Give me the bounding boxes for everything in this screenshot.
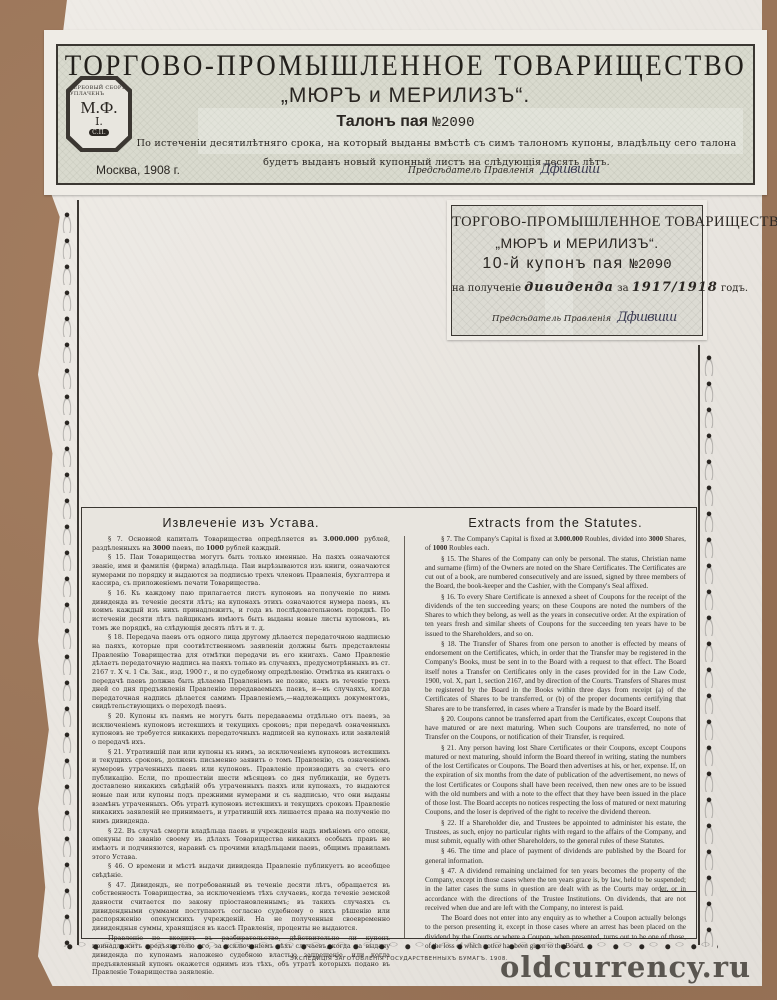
statute-ru-paragraph: § 7. Основной капиталъ Товарищества опре… bbox=[92, 535, 390, 552]
statute-ru-paragraph: § 21. Утратившій паи или купоны къ нимъ,… bbox=[92, 748, 390, 826]
statutes-russian-title: Извлеченіе изъ Устава. bbox=[92, 516, 390, 530]
statute-en-paragraph: § 15. The Shares of the Company can only… bbox=[425, 555, 686, 592]
talon-label: Талонъ пая №2090 bbox=[58, 113, 753, 131]
statute-ru-paragraph: § 22. Въ случаѣ смерти владѣльца паевъ и… bbox=[92, 827, 390, 862]
statute-ru-paragraph: § 47. Дивидендъ, не потребованный въ теч… bbox=[92, 881, 390, 933]
coupon-signatory-title: Предсѣдатель Правленія bbox=[492, 314, 611, 324]
statute-ru-paragraph: § 46. О времени и мѣстѣ выдачи дивиденда… bbox=[92, 862, 390, 879]
ornamental-border-left bbox=[60, 207, 74, 947]
statute-en-paragraph: § 7. The Company's Capital is fixed at 3… bbox=[425, 535, 686, 554]
talon-signatory-title: Предсѣдатель Правленія bbox=[408, 166, 534, 176]
ornamental-border-right bbox=[702, 350, 716, 947]
statute-ru-paragraph: § 20. Купоны къ паямъ не могутъ быть пер… bbox=[92, 712, 390, 747]
talon-label-text: Талонъ пая bbox=[336, 113, 432, 130]
statute-en-paragraph: § 21. Any person having lost Share Certi… bbox=[425, 744, 686, 818]
talon-stub: ГЕРБОВЫЙ СБОРЪ УПЛАЧЕНЪ М.Ф. I. С.П. ТОР… bbox=[44, 30, 767, 195]
coupon-frame: ТОРГОВО-ПРОМЫШЛЕННОЕ ТОВАРИЩЕСТВО „МЮРЪ … bbox=[451, 205, 703, 336]
talon-city-date: Москва, 1908 г. bbox=[96, 163, 180, 177]
statutes-russian-paragraphs: § 7. Основной капиталъ Товарищества опре… bbox=[92, 535, 390, 977]
talon-signature: Дфшвшш bbox=[540, 162, 599, 177]
statute-en-paragraph: § 20. Coupons cannot be transferred apar… bbox=[425, 715, 686, 743]
coupon-dividend-line: на полученіе дивиденда за 1917/1918 годъ… bbox=[452, 280, 702, 295]
coupon-share-number: №2090 bbox=[630, 257, 672, 273]
statutes-english-title: Extracts from the Statutes. bbox=[425, 516, 686, 530]
coupon-dividend-prefix: на полученіе bbox=[452, 283, 524, 294]
column-divider bbox=[404, 536, 405, 938]
statute-en-paragraph: The Board does not enter into any enquir… bbox=[425, 914, 686, 951]
talon-title: ТОРГОВО-ПРОМЫШЛЕННОЕ ТОВАРИЩЕСТВО bbox=[58, 48, 753, 82]
frame-line-right bbox=[698, 345, 700, 945]
statutes-russian-column: Извлеченіе изъ Устава. § 7. Основной кап… bbox=[82, 508, 400, 938]
coupon-number-line: 10-й купонъ пая №2090 bbox=[452, 255, 702, 273]
statutes-panel: Извлеченіе изъ Устава. § 7. Основной кап… bbox=[81, 507, 697, 939]
talon-signature-line: Предсѣдатель ПравленіяДфшвшш bbox=[408, 162, 599, 177]
statutes-english-column: Extracts from the Statutes. § 7. The Com… bbox=[415, 508, 696, 938]
coupon-company-name: „МЮРЪ и МЕРИЛИЗЪ“. bbox=[452, 235, 702, 251]
frame-line-left bbox=[77, 200, 79, 945]
coupon-dividend-mid: за bbox=[614, 283, 632, 294]
coupon-dividend-suffix: годъ. bbox=[718, 283, 748, 294]
coupon-signature: Дфшвшш bbox=[617, 310, 676, 325]
dividend-coupon: ТОРГОВО-ПРОМЫШЛЕННОЕ ТОВАРИЩЕСТВО „МЮРЪ … bbox=[447, 200, 707, 340]
statute-en-paragraph: § 22. If a Shareholder die, and Trustees… bbox=[425, 819, 686, 847]
talon-frame: ГЕРБОВЫЙ СБОРЪ УПЛАЧЕНЪ М.Ф. I. С.П. ТОР… bbox=[56, 44, 755, 185]
coupon-years: 1917/1918 bbox=[632, 280, 718, 295]
coupon-dividend-word: дивиденда bbox=[524, 280, 614, 295]
printer-imprint: ЭКСПЕДИЦІЯ ЗАГОТОВЛЕНІЯ ГОСУДАРСТВЕННЫХЪ… bbox=[290, 956, 508, 962]
coupon-signature-line: Предсѣдатель ПравленіяДфшвшш bbox=[492, 310, 676, 325]
coupon-label: 10-й купонъ пая bbox=[482, 255, 629, 272]
talon-share-number: №2090 bbox=[433, 115, 475, 131]
statute-en-paragraph: § 46. The time and place of payment of d… bbox=[425, 847, 686, 866]
statute-ru-paragraph: § 18. Передача паевъ отъ одного лица дру… bbox=[92, 633, 390, 711]
column-end-rule bbox=[660, 891, 696, 892]
statutes-english-paragraphs: § 7. The Company's Capital is fixed at 3… bbox=[425, 535, 686, 951]
statute-en-paragraph: § 18. The Transfer of Shares from one pe… bbox=[425, 640, 686, 714]
statute-ru-paragraph: § 15. Паи Товарищества могутъ быть тольк… bbox=[92, 553, 390, 588]
statute-ru-paragraph: § 16. Къ каждому паю прилагается листъ к… bbox=[92, 589, 390, 632]
site-watermark: oldcurrency.ru bbox=[500, 950, 751, 984]
coupon-title: ТОРГОВО-ПРОМЫШЛЕННОЕ ТОВАРИЩЕСТВО bbox=[452, 214, 702, 231]
statute-en-paragraph: § 47. A dividend remaining unclaimed for… bbox=[425, 867, 686, 913]
talon-company-name: „МЮРЪ и МЕРИЛИЗЪ“. bbox=[58, 84, 753, 108]
statute-en-paragraph: § 16. To every Share Certificate is anne… bbox=[425, 593, 686, 639]
